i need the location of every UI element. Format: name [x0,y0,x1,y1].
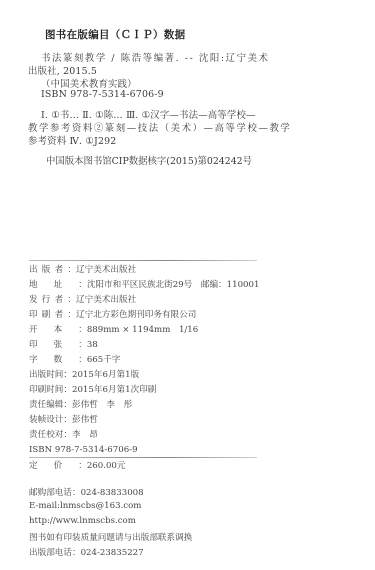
info-label: 印刷者 [29,308,67,322]
info-label: 出版时间 [29,368,63,382]
info-value: 沈阳市和平区民族北街29号 邮编：110001 [87,278,260,292]
info-separator: ： [63,400,72,410]
info-row-address: 地址：沈阳市和平区民族北街29号 邮编：110001 [29,278,259,292]
info-separator: ： [67,295,76,305]
info-row-format: 开本：889mm × 1194mm 1/16 [29,323,198,337]
cip-title: 图书在版编目（ＣＩＰ）数据 [45,27,185,42]
info-label: 装帧设计 [29,413,63,427]
cip-line-1: 书法篆刻教学 / 陈浩等编著. -- 沈阳:辽宁美术 [41,50,270,64]
info-row-print-date: 印刷时间：2015年6月第1次印刷 [29,383,156,397]
info-label: 地址 [29,278,78,292]
info-separator: ： [63,370,72,380]
info-row-proofreader: 责任校对：李 昂 [29,428,98,442]
info-label: 印刷时间 [29,383,63,397]
info-row-editor: 责任编辑：彭伟哲 李 彤 [29,398,132,412]
copyright-page: 图书在版编目（ＣＩＰ）数据 书法篆刻教学 / 陈浩等编著. -- 沈阳:辽宁美术… [0,0,375,570]
info-row-word-count: 字数：665千字 [29,353,120,367]
info-value: 665千字 [87,353,121,367]
website-link[interactable]: http://www.lnmscbs.com [29,516,136,526]
info-label: 出版者 [29,263,67,277]
info-separator: ： [67,265,76,275]
price-label: 定价 [29,459,78,473]
info-separator: ： [78,355,87,365]
price-value: 260.00元 [87,459,126,473]
info-label: 开本 [29,323,78,337]
info-separator: ： [78,461,87,471]
info-label: 字数 [29,353,78,367]
info-value: 辽宁北方彩色期刊印务有限公司 [76,308,196,322]
info-value: 辽宁美术出版社 [76,263,136,277]
info-separator: ： [78,340,87,350]
info-separator: ： [63,385,72,395]
info-value: 889mm × 1194mm 1/16 [87,323,198,337]
info-value: 38 [87,338,98,352]
info-value: 李 昂 [72,428,98,442]
info-row-sheets: 印张：38 [29,338,98,352]
bottom-divider [29,457,257,458]
info-value: 彭伟哲 [72,413,98,427]
info-value: 彭伟哲 李 彤 [72,398,132,412]
info-label: 责任校对 [29,428,63,442]
mail-order-phone: 邮购部电话：024-83833008 [29,486,144,498]
email[interactable]: E-mail:lnmscbs@163.com [29,501,141,511]
info-row-designer: 装帧设计：彭伟哲 [29,413,98,427]
info-row-distributor: 发行者：辽宁美术出版社 [29,293,136,307]
cip-data-number: 中国版本图书馆CIP数据核字(2015)第024242号 [46,153,252,167]
info-value: 2015年6月第1版 [72,368,139,382]
top-divider [29,260,257,261]
info-row-publisher: 出版者：辽宁美术出版社 [29,263,136,277]
info-separator: ： [67,310,76,320]
info-row-publish-date: 出版时间：2015年6月第1版 [29,368,139,382]
info-label: 发行者 [29,293,67,307]
quality-notice: 图书如有印装质量问题请与出版部联系调换 [29,531,192,543]
cip-series: （中国美术教育实践） [41,76,137,90]
info-value: 2015年6月第1次印刷 [72,383,156,397]
price-row: 定价：260.00元 [29,459,125,473]
cip-classification-3: 参考资料 Ⅳ. ①J292 [28,133,116,147]
info-separator: ： [78,325,87,335]
info-separator: ： [63,430,72,440]
info-label: 责任编辑 [29,398,63,412]
cip-line-2: 出版社, 2015.5 [28,63,97,77]
info-row-printer: 印刷者：辽宁北方彩色期刊印务有限公司 [29,308,196,322]
info-separator: ： [78,280,87,290]
info-separator: ： [63,415,72,425]
publishing-dept-phone: 出版部电话：024-23835227 [29,546,144,558]
isbn-row: ISBN 978-7-5314-6706-9 [29,443,138,457]
info-value: 辽宁美术出版社 [76,293,136,307]
cip-isbn: ISBN 978-7-5314-6706-9 [41,89,164,100]
cip-classification-2: 教学参考资料②篆刻—技法（美术）—高等学校—教学 [28,120,291,134]
info-label: 印张 [29,338,78,352]
cip-classification-1: Ⅰ. ①书… Ⅱ. ①陈… Ⅲ. ①汉字—书法—高等学校— [41,107,256,121]
